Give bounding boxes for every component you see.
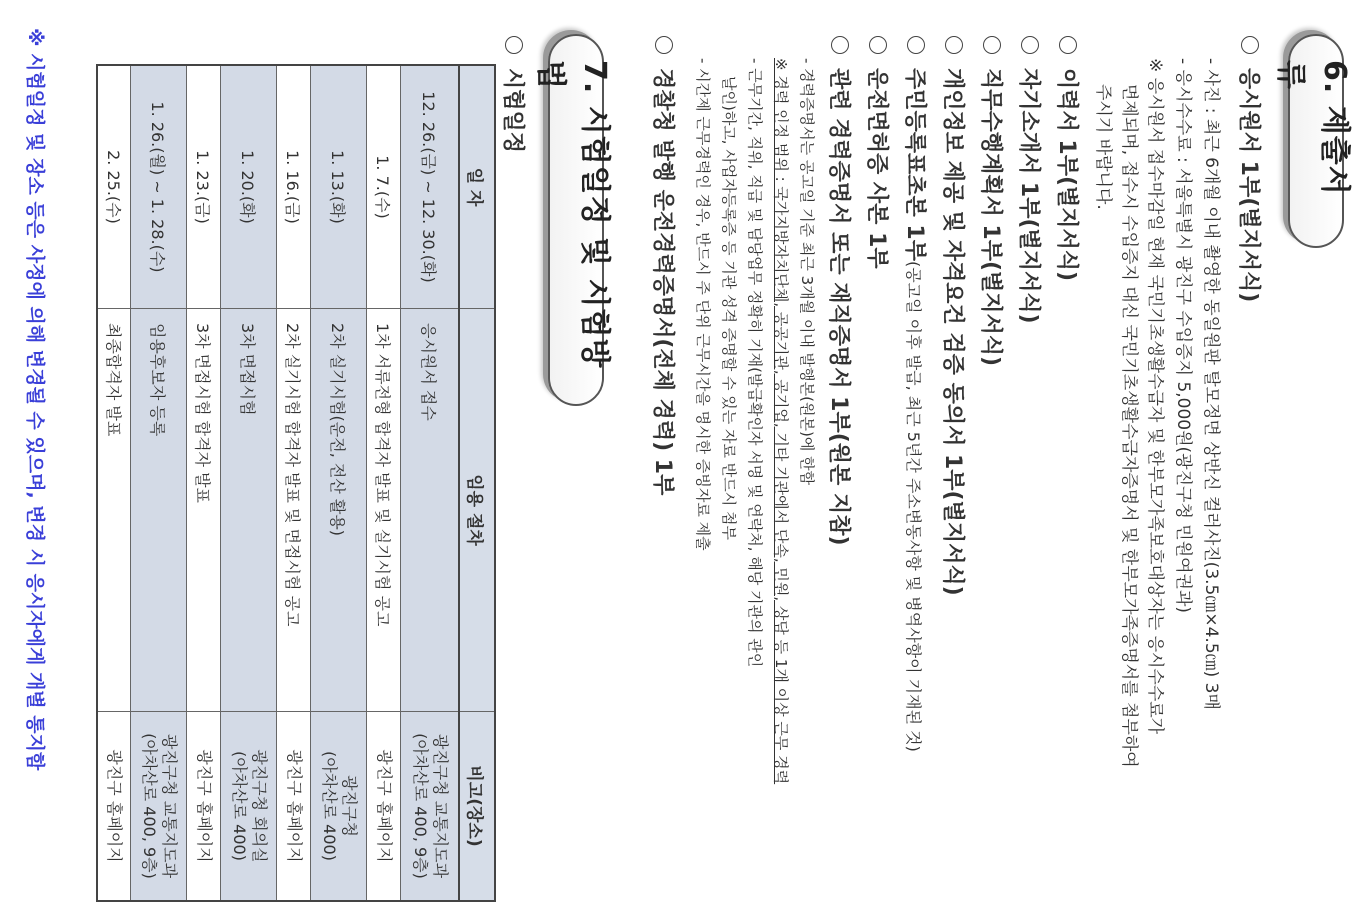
cell-note: 광진구청 회의실 (아차산로 400) [221, 712, 277, 902]
cell-procedure: 응시원서 접수 [401, 309, 459, 712]
cell-date: 1. 23.(금) [187, 65, 221, 309]
item-resident-register: 주민등록표초본 1부(공고일 이후 발급, 최근 5년간 주소변동사항 및 병역… [901, 36, 932, 752]
schedule-subheading: 시험일정 [499, 36, 530, 153]
document-page: 6. 제출서류 응시원서 1부(별지서식) - 사진 : 최근 6개월 이내 촬… [0, 0, 1366, 918]
header-date: 일 자 [459, 65, 495, 309]
circle-bullet-icon [907, 36, 925, 54]
cell-note: 광진구 홈페이지 [277, 712, 311, 902]
item-label: 운전면허증 사본 1부 [864, 68, 889, 269]
item-job-plan: 직무수행계획서 1부(별지서식) [977, 36, 1008, 366]
item-drivers-license: 운전면허증 사본 1부 [863, 36, 894, 269]
fee-requirement: - 응시수수료 : 서울특별시 광진구 수입증지 5,000원(광진구청 민원여… [1173, 58, 1198, 613]
header-procedure: 임용 절차 [459, 309, 495, 712]
item-label: 개인정보 제공 및 자격요건 검증 동의서 1부(별지서식) [940, 68, 965, 596]
table-row: 1. 16.(금) 2차 실기시험 합격자 발표 및 면접시험 공고 광진구 홈… [277, 65, 311, 901]
cell-date: 1. 16.(금) [277, 65, 311, 309]
schedule-change-notice: ※ 시험일정 및 장소 등은 사정에 의해 변경될 수 있으며, 변경 시 응시… [23, 28, 50, 770]
schedule-table: 일 자 임용 절차 비고(장소) 12. 26.(금) ~ 12. 30.(화)… [96, 64, 496, 902]
cell-procedure: 임용후보자 등록 [131, 309, 187, 712]
item-label: 응시원서 1부(별지서식) [1236, 68, 1261, 302]
cell-date: 1. 7.(수) [367, 65, 401, 309]
career-detail-1: - 근무기간, 직위, 직급 및 담당업무 정확히 기재(발급확인자 서명 및 … [745, 58, 766, 667]
cell-note: 광진구청 (아차산로 400) [311, 712, 367, 902]
section-6-title: 6. 제출서류 [1288, 34, 1344, 248]
table-row: 1. 23.(금) 3차 면접시험 합격자 발표 광진구 홈페이지 [187, 65, 221, 901]
cell-procedure: 2차 실기시험 합격자 발표 및 면접시험 공고 [277, 309, 311, 712]
career-part-time: - 시간제 근무경력인 경우, 반드시 주 단위 근무시간을 명시한 증빙자료 … [693, 58, 714, 551]
cell-note: 광진구 홈페이지 [97, 712, 131, 902]
item-label: 자기소개서 1부(별지서식) [1016, 68, 1041, 324]
item-label: 직무수행계획서 1부(별지서식) [978, 68, 1003, 366]
table-row: 12. 26.(금) ~ 12. 30.(화) 응시원서 접수 광진구청 교통지… [401, 65, 459, 901]
item-label: 경찰청 발행 운전경력증명서(전체 경력) 1부 [650, 68, 675, 495]
cell-date: 1. 26.(월) ~ 1. 28.(수) [131, 65, 187, 309]
career-validity: - 경력증명서는 공고일 기준 최근 3개월 이내 발행본(원본)에 한함 [797, 58, 818, 485]
cell-note: 광진구 홈페이지 [187, 712, 221, 902]
cell-note: 광진구 홈페이지 [367, 712, 401, 902]
table-row: 1. 20.(화) 3차 면접시험 광진구청 회의실 (아차산로 400) [221, 65, 277, 901]
cell-procedure: 3차 면접시험 [221, 309, 277, 712]
item-self-intro: 자기소개서 1부(별지서식) [1015, 36, 1046, 324]
table-row: 1. 26.(월) ~ 1. 28.(수) 임용후보자 등록 광진구청 교통지도… [131, 65, 187, 901]
circle-bullet-icon [945, 36, 963, 54]
circle-bullet-icon [831, 36, 849, 54]
cell-procedure: 1차 서류전형 합격자 발표 및 실기시험 공고 [367, 309, 401, 712]
photo-requirement: - 사진 : 최근 6개월 이내 촬영한 동일원판 탈모정면 상반신 컬러사진(… [1201, 58, 1226, 710]
circle-bullet-icon [1021, 36, 1039, 54]
cell-note: 광진구청 교통지도과 (아차산로 400, 9층) [401, 712, 459, 902]
table-row: 1. 7.(수) 1차 서류전형 합격자 발표 및 실기시험 공고 광진구 홈페… [367, 65, 401, 901]
cell-date: 12. 26.(금) ~ 12. 30.(화) [401, 65, 459, 309]
cell-date: 2. 25.(수) [97, 65, 131, 309]
cell-note: 광진구청 교통지도과 (아차산로 400, 9층) [131, 712, 187, 902]
table-row: 1. 13.(화) 2차 실기시험(운전, 전산 활용) 광진구청 (아차산로 … [311, 65, 367, 901]
fee-exemption-note-3: 주시기 바랍니다. [1093, 84, 1118, 210]
item-career-certificate: 관련 경력증명서 또는 재직증명서 1부(원본 지참) [825, 36, 856, 546]
table-header-row: 일 자 임용 절차 비고(장소) [459, 65, 495, 901]
item-driving-record: 경찰청 발행 운전경력증명서(전체 경력) 1부 [649, 36, 680, 495]
header-note: 비고(장소) [459, 712, 495, 902]
section-7-title: 7. 시험일정 및 시험방법 [548, 34, 604, 406]
circle-bullet-icon [1059, 36, 1077, 54]
item-label: 이력서 1부(별지서식) [1054, 68, 1079, 281]
circle-bullet-icon [505, 36, 523, 54]
career-scope-note: ※ 경력 인정 범위 : 국가지방자치단체, 공공기관, 공기업, 기타 기관에… [771, 58, 792, 784]
subheading-label: 시험일정 [500, 68, 525, 153]
circle-bullet-icon [655, 36, 673, 54]
fee-exemption-note-2: 면제되며, 접수시 수입증지 대신 국민기초생활수급자증명서 및 한부모가족증명… [1119, 84, 1144, 768]
career-detail-2: 날인)하고, 사업자등록증 등 기관 성격 증명할 수 있는 자료 반드시 첨부 [719, 76, 740, 540]
item-resume: 이력서 1부(별지서식) [1053, 36, 1084, 281]
circle-bullet-icon [983, 36, 1001, 54]
cell-procedure: 2차 실기시험(운전, 전산 활용) [311, 309, 367, 712]
item-label: 주민등록표초본 1부 [902, 68, 927, 261]
table-row: 2. 25.(수) 최종합격자 발표 광진구 홈페이지 [97, 65, 131, 901]
item-suffix: (공고일 이후 발급, 최근 5년간 주소변동사항 및 병역사항이 기재된 것) [904, 261, 923, 752]
circle-bullet-icon [869, 36, 887, 54]
cell-procedure: 최종합격자 발표 [97, 309, 131, 712]
circle-bullet-icon [1241, 36, 1259, 54]
fee-exemption-note-1: ※ 응시원서 접수마감일 현재 국민기초생활수급자 및 한부모가족보호대상자는 … [1145, 58, 1170, 734]
cell-date: 1. 13.(화) [311, 65, 367, 309]
cell-procedure: 3차 면접시험 합격자 발표 [187, 309, 221, 712]
item-application: 응시원서 1부(별지서식) [1235, 36, 1266, 302]
item-label: 관련 경력증명서 또는 재직증명서 1부(원본 지참) [826, 68, 851, 546]
item-privacy-consent: 개인정보 제공 및 자격요건 검증 동의서 1부(별지서식) [939, 36, 970, 596]
cell-date: 1. 20.(화) [221, 65, 277, 309]
